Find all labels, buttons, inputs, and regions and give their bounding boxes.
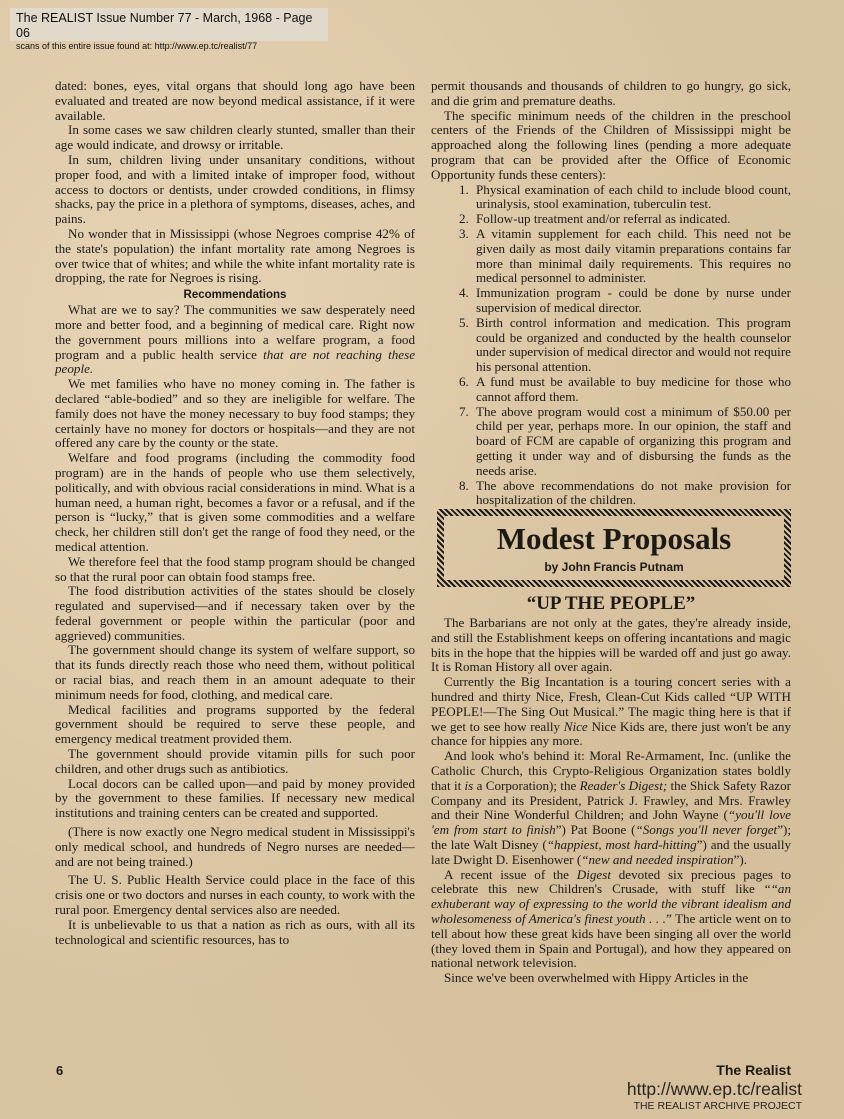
recommendations-list: Physical examination of each child to in… — [431, 183, 791, 509]
paragraph: (There is now exactly one Negro medical … — [55, 825, 415, 869]
paragraph: permit thousands and thousands of childr… — [431, 79, 791, 109]
archive-label: THE REALIST ARCHIVE PROJECT — [634, 1100, 802, 1112]
section-subhead: Recommendations — [55, 288, 415, 303]
text: ”). — [734, 852, 747, 867]
left-column: dated: bones, eyes, vital organs that sh… — [55, 79, 415, 947]
byline: by John Francis Putnam — [444, 559, 784, 575]
archive-url[interactable]: http://www.ep.tc/realist — [627, 1079, 802, 1100]
paragraph: No wonder that in Mississippi (whose Neg… — [55, 227, 415, 286]
paragraph: What are we to say? The communities we s… — [55, 303, 415, 377]
emphasis: “happiest, most hard-hitting — [547, 837, 697, 852]
paragraph: A recent issue of the Digest devoted six… — [431, 868, 791, 972]
paragraph: The Barbarians are not only at the gates… — [431, 616, 791, 675]
emphasis: “new and needed inspiration — [581, 852, 733, 867]
paragraph: Welfare and food programs (including the… — [55, 451, 415, 555]
paragraph: The government should change its system … — [55, 643, 415, 702]
list-item: Physical examination of each child to in… — [476, 183, 791, 213]
emphasis: Digest — [577, 867, 611, 882]
paragraph: The government should provide vitamin pi… — [55, 747, 415, 777]
paragraph: In sum, children living under unsanitary… — [55, 153, 415, 227]
emphasis: “Songs you'll never forget — [635, 822, 777, 837]
banner-subtitle: scans of this entire issue found at: htt… — [16, 41, 328, 52]
paragraph: In some cases we saw children clearly st… — [55, 123, 415, 153]
paragraph: The U. S. Public Health Service could pl… — [55, 873, 415, 917]
right-column: permit thousands and thousands of childr… — [431, 79, 791, 508]
column-title: Modest Proposals — [444, 521, 784, 557]
list-item: Immunization program - could be done by … — [476, 286, 791, 316]
text: a Corporation); the — [473, 778, 579, 793]
emphasis: is — [465, 778, 474, 793]
list-item: Follow-up treatment and/or referral as i… — [476, 212, 791, 227]
text: ”) Pat Boone ( — [556, 822, 636, 837]
column-title-box: Modest Proposals by John Francis Putnam — [437, 509, 791, 587]
paragraph: It is unbelievable to us that a nation a… — [55, 918, 415, 948]
article-headline: “UP THE PEOPLE” — [431, 593, 791, 615]
archive-banner: The REALIST Issue Number 77 - March, 196… — [10, 8, 328, 41]
paragraph: Medical facilities and programs supporte… — [55, 703, 415, 747]
banner-title: The REALIST Issue Number 77 - March, 196… — [16, 11, 328, 41]
paragraph: The food distribution activities of the … — [55, 584, 415, 643]
list-item: The above program would cost a minimum o… — [476, 405, 791, 479]
paragraph: We therefore feel that the food stamp pr… — [55, 555, 415, 585]
list-item: A vitamin supplement for each child. Thi… — [476, 227, 791, 286]
paragraph: Currently the Big Incantation is a touri… — [431, 675, 791, 749]
text: A recent issue of the — [444, 867, 577, 882]
paragraph: And look who's behind it: Moral Re-Armam… — [431, 749, 791, 867]
paragraph: Since we've been overwhelmed with Hippy … — [431, 971, 791, 986]
paragraph: dated: bones, eyes, vital organs that sh… — [55, 79, 415, 123]
paragraph: We met families who have no money coming… — [55, 377, 415, 451]
article-body: The Barbarians are not only at the gates… — [431, 616, 791, 986]
list-item: The above recommendations do not make pr… — [476, 479, 791, 509]
emphasis: Reader's Digest; — [580, 778, 668, 793]
emphasis: Nice — [564, 719, 588, 734]
page-number: 6 — [56, 1063, 63, 1078]
masthead: The Realist — [716, 1062, 791, 1078]
list-item: Birth control information and medication… — [476, 316, 791, 375]
list-item: A fund must be available to buy medicine… — [476, 375, 791, 405]
paragraph: The specific minimum needs of the childr… — [431, 109, 791, 183]
paragraph: Local docors can be called upon—and paid… — [55, 777, 415, 821]
